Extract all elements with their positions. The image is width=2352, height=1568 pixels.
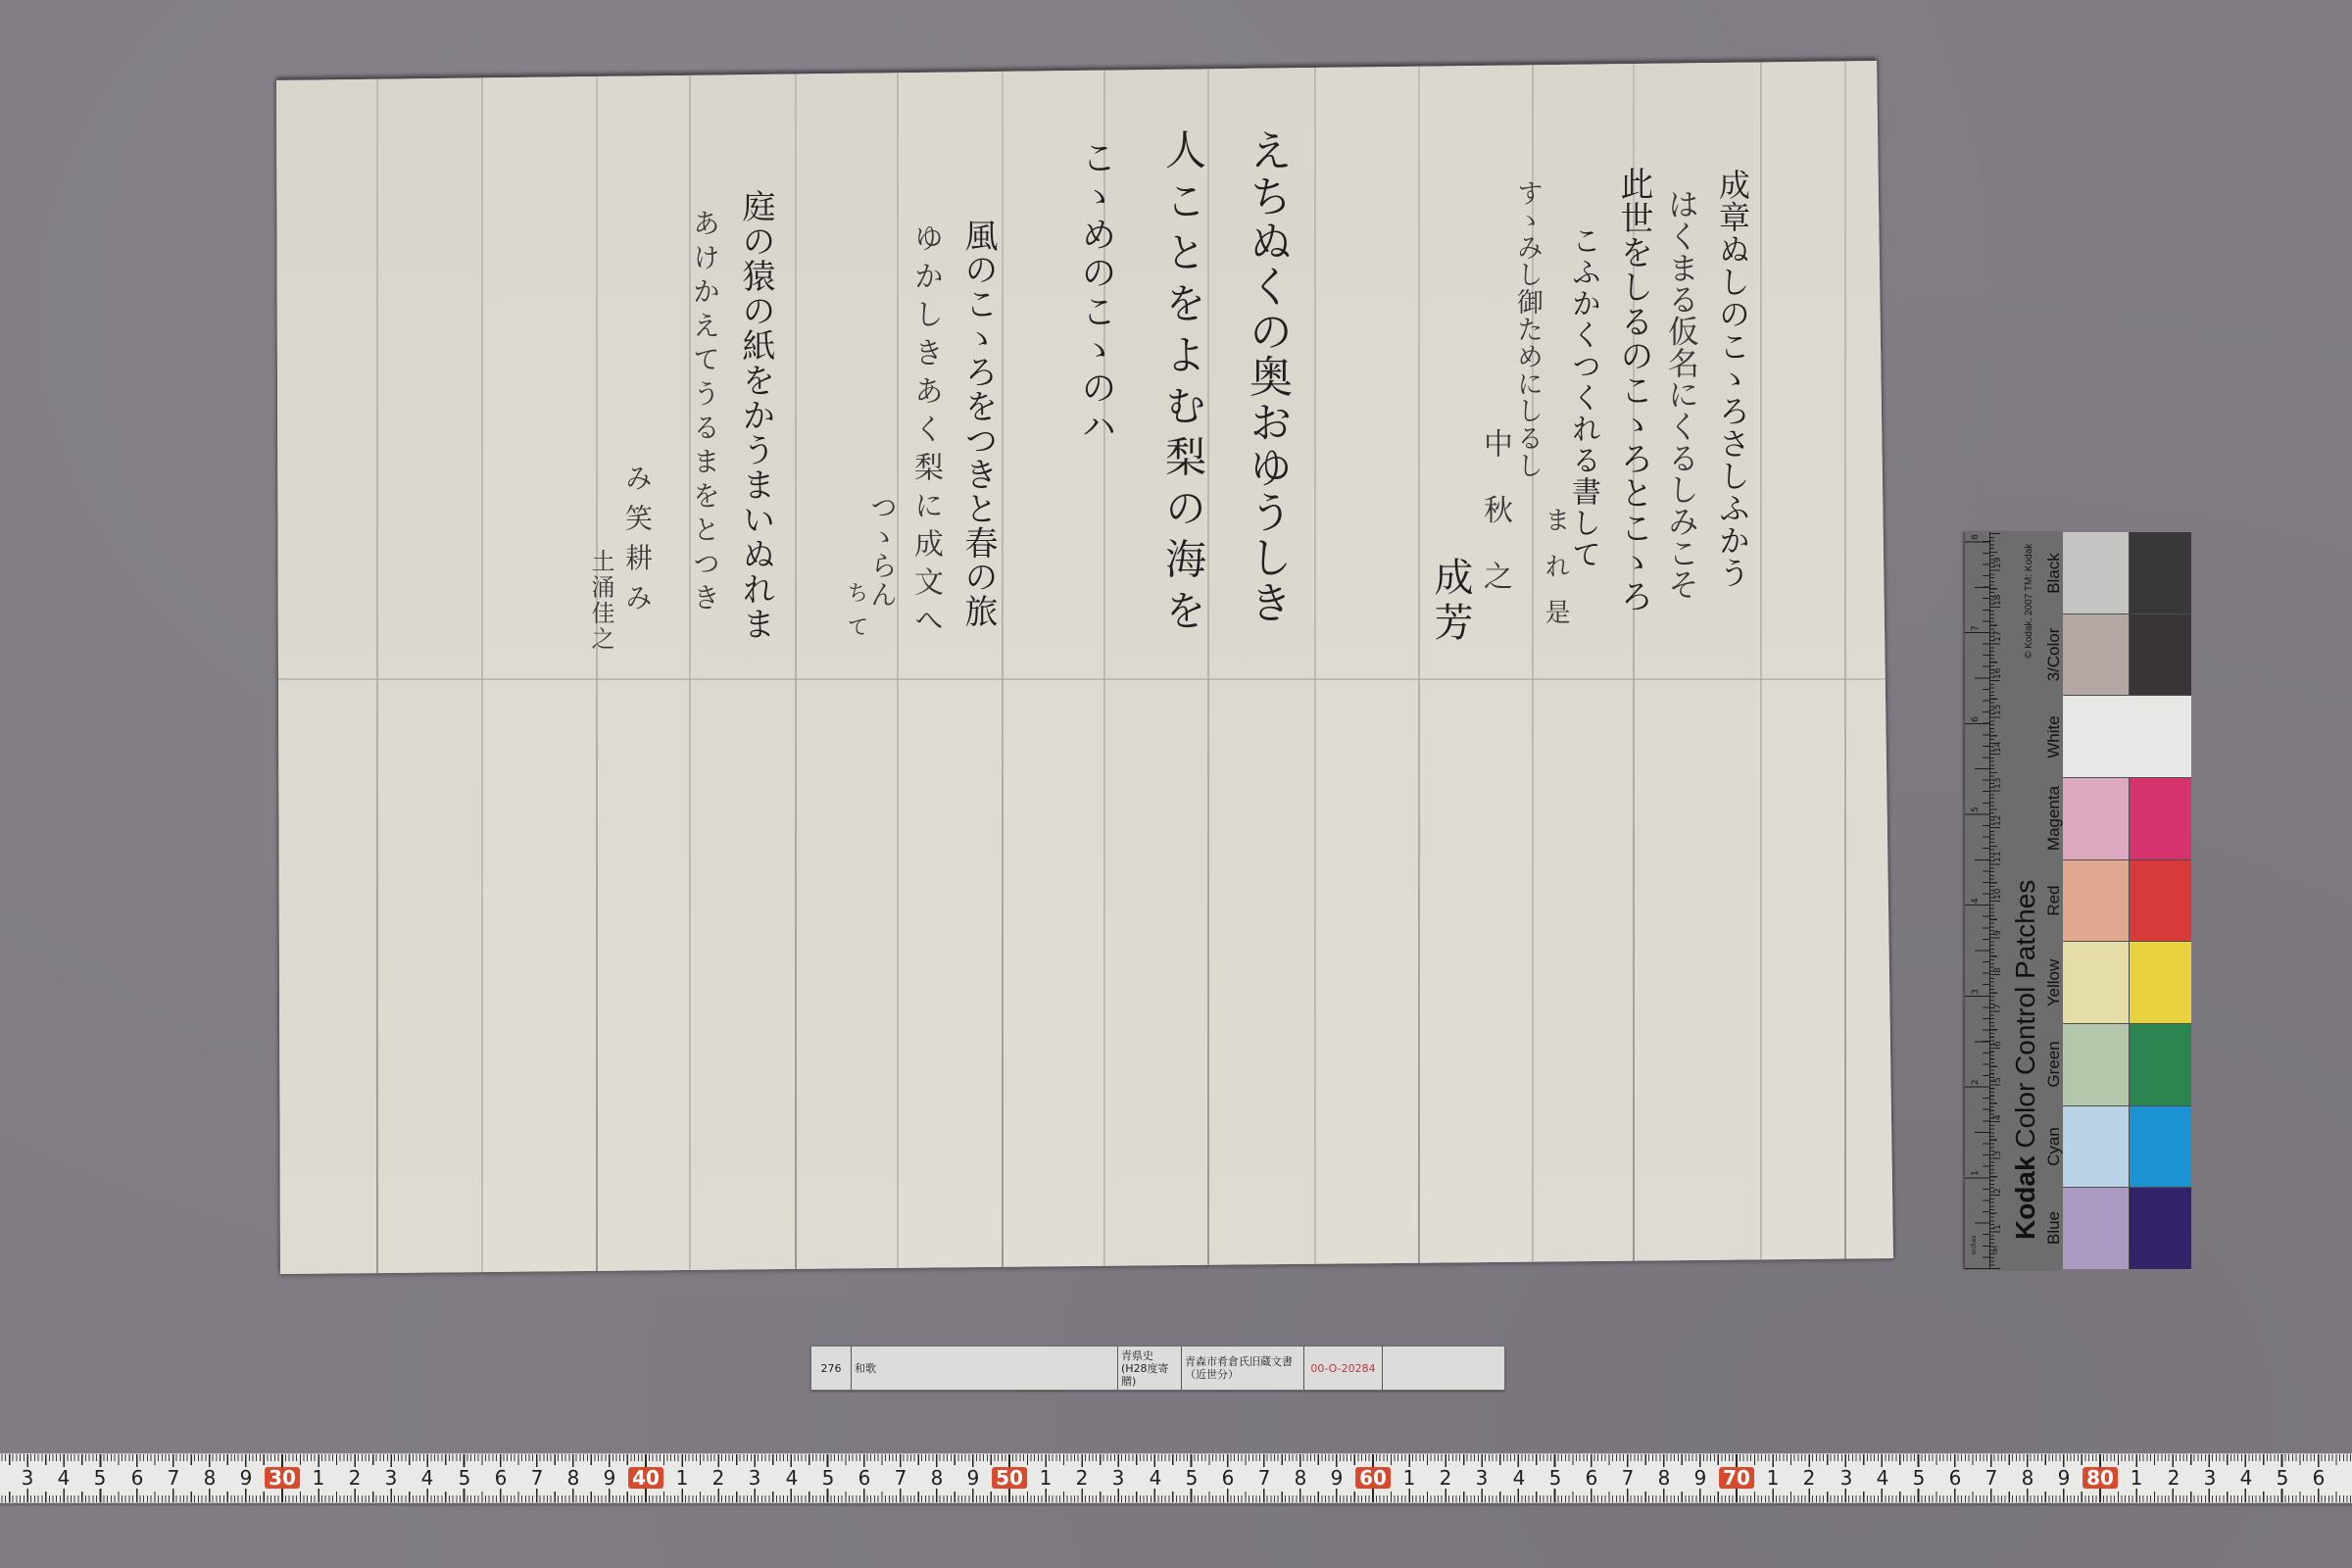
ruler-number: 1 (1039, 1467, 1053, 1489)
inch-label: 3 (1971, 989, 1981, 995)
paper-horizontal-fold (274, 677, 1901, 681)
ruler-number: 4 (2239, 1467, 2254, 1489)
ruler-number: 1 (312, 1467, 326, 1489)
cm-label: 16 (1993, 668, 2003, 679)
cm-scale-ticks (1990, 532, 2000, 1269)
poem-column: あけかえてうるまをとつき (691, 209, 718, 611)
preface-signature: 成芳 (1431, 557, 1470, 641)
ruler-number: 4 (1876, 1467, 1890, 1489)
preface-column: こふかくつくれる書して (1568, 225, 1597, 568)
paper-panel (480, 49, 687, 1284)
ruler-number: 4 (785, 1467, 800, 1489)
inch-label: 2 (1971, 1079, 1981, 1085)
ruler-number: 7 (530, 1467, 545, 1489)
inch-label: 6 (1971, 716, 1981, 722)
ruled-line (1002, 59, 1004, 1279)
inch-label: 7 (1971, 625, 1981, 631)
ruler-number: 5 (93, 1467, 108, 1489)
ruled-line (376, 59, 378, 1279)
patch-label-green: Green (2045, 1020, 2063, 1108)
catalog-number: 276 (811, 1347, 852, 1390)
ruler-number: 9 (1330, 1467, 1345, 1489)
poem-column: 庭の猿の紙をかうまいぬれま (739, 189, 772, 640)
ruler-number: 9 (2057, 1467, 2072, 1489)
patch-3color-dark (2130, 614, 2191, 696)
poem-column: ゆかしきあく梨に成文へ (910, 222, 940, 634)
poem-column: 風のこゝろをつきと春の旅 (961, 219, 995, 627)
chart-title-text: Color Control Patches (2010, 880, 2040, 1149)
cm-label: 13 (1993, 778, 2003, 789)
patch-green-light (2063, 1024, 2129, 1105)
ruler-number-badge: 50 (992, 1467, 1027, 1489)
patch-3color-light (2063, 614, 2129, 696)
preface-column: すゝみし御ためにしるし (1514, 179, 1541, 478)
unit-cm-label: cm (1992, 1246, 1999, 1254)
patch-yellow-light (2063, 942, 2129, 1023)
ruler-number: 7 (1984, 1467, 1999, 1489)
ruler-number: 2 (1439, 1467, 1453, 1489)
poem-column: こゝめのこゝのハ (1078, 139, 1113, 443)
paper-fold (896, 54, 900, 1284)
ruler-number: 4 (420, 1467, 435, 1489)
patch-label-cyan: Cyan (2045, 1102, 2063, 1191)
ruler-number: 5 (1912, 1467, 1927, 1489)
preface-column: 成章ぬしのこゝろさしふかう (1717, 169, 1748, 588)
ruler-number: 7 (894, 1467, 908, 1489)
ruler-number: 4 (57, 1467, 72, 1489)
unit-inches-label: inches (1971, 1236, 1978, 1254)
catalog-collection: 青森市肴倉氏旧蔵文書（近世分） (1182, 1347, 1304, 1390)
cm-label: 17 (1993, 631, 2003, 642)
ruled-line (1207, 59, 1209, 1279)
ruler-number: 3 (1839, 1467, 1854, 1489)
paper-fold (480, 54, 484, 1284)
ruled-line (795, 59, 797, 1279)
cm-label: 2 (1993, 1188, 2003, 1194)
ruler-number: 1 (2130, 1467, 2144, 1489)
kodak-logo-text: Kodak (2010, 1155, 2040, 1240)
kodak-chart-title: Kodak Color Control Patches (2010, 880, 2041, 1240)
ruler-number: 6 (1221, 1467, 1236, 1489)
patch-label-magenta: Magenta (2045, 774, 2063, 862)
ruler-number: 7 (1621, 1467, 1636, 1489)
ruler-number: 9 (603, 1467, 617, 1489)
cm-label: 19 (1993, 558, 2003, 568)
ruler-number: 8 (930, 1467, 945, 1489)
ruled-line (596, 59, 598, 1279)
ruler-number: 5 (2276, 1467, 2290, 1489)
ruler-number: 4 (1149, 1467, 1163, 1489)
ruler-number: 3 (1475, 1467, 1490, 1489)
ruler-number: 3 (21, 1467, 35, 1489)
ruler-number: 3 (2203, 1467, 2218, 1489)
poem-column: えちぬくの奥おゆうしき (1245, 128, 1288, 623)
paper-panel (1313, 49, 1531, 1284)
ruler-number: 8 (1657, 1467, 1672, 1489)
cm-label: 12 (1993, 815, 2003, 826)
ruler-number: 2 (2167, 1467, 2181, 1489)
ruler-number: 1 (675, 1467, 690, 1489)
ruler-number: 6 (130, 1467, 145, 1489)
ruler-number: 1 (1766, 1467, 1781, 1489)
cm-label: 7 (1993, 1004, 2003, 1009)
ruled-line (1418, 59, 1420, 1279)
ruler-number-badge: 60 (1355, 1467, 1391, 1489)
inch-label: 1 (1971, 1170, 1981, 1176)
ruler-number: 6 (857, 1467, 872, 1489)
inch-label: 4 (1971, 898, 1981, 904)
patch-label-white: White (2045, 693, 2063, 781)
catalog-notes (1383, 1347, 1506, 1390)
ruler-number: 5 (1548, 1467, 1563, 1489)
ruler-number-badge: 30 (265, 1467, 300, 1489)
copyright-text: © Kodak, 2007 TM: Kodak (2024, 544, 2035, 659)
patch-red-dark (2130, 860, 2191, 942)
ruler-number: 7 (167, 1467, 181, 1489)
measuring-tape: 3 4 5 6 7 8 9 30 1 2 3 4 5 6 7 8 9 40 1 … (0, 1453, 2352, 1503)
ruler-number: 8 (2021, 1467, 2035, 1489)
ruler-number: 2 (1802, 1467, 1817, 1489)
ruler-number-badge: 70 (1719, 1467, 1754, 1489)
patch-blue-light (2063, 1188, 2129, 1269)
patch-cyan-dark (2130, 1106, 2191, 1188)
color-patch-grid (2063, 532, 2191, 1269)
ruler-number: 8 (566, 1467, 581, 1489)
ruler-number: 8 (203, 1467, 218, 1489)
ruler-number-badge: 80 (2082, 1467, 2118, 1489)
patch-label-yellow: Yellow (2045, 939, 2063, 1027)
ruled-line (1844, 59, 1846, 1279)
cm-label: 8 (1993, 967, 2003, 973)
cm-label: 11 (1993, 852, 2003, 862)
paper-fold (1313, 54, 1317, 1284)
cm-label: 10 (1993, 889, 2003, 900)
cm-label: 4 (1993, 1114, 2003, 1120)
cm-label: 18 (1993, 595, 2003, 606)
ruler-number: 5 (821, 1467, 836, 1489)
ruler-number: 8 (1294, 1467, 1308, 1489)
patch-black-light (2063, 532, 2129, 613)
patch-yellow-dark (2130, 942, 2191, 1023)
patch-magenta-light (2063, 778, 2129, 859)
kodak-strip-content: inches cm 1 2 3 4 5 6 7 8 1 2 3 4 5 6 7 … (1965, 532, 2063, 1269)
patch-label-red: Red (2045, 857, 2063, 945)
patch-cyan-light (2063, 1106, 2129, 1188)
ruler-number: 6 (1948, 1467, 1963, 1489)
patch-green-dark (2130, 1024, 2191, 1105)
patch-red-light (2063, 860, 2129, 942)
patch-label-3color: 3/Color (2045, 611, 2063, 699)
cm-label: 15 (1993, 705, 2003, 715)
ruler-number: 6 (2312, 1467, 2327, 1489)
paper-fold (1759, 54, 1763, 1284)
patch-magenta-dark (2130, 778, 2191, 859)
author-column: み笑耕み (623, 464, 651, 611)
ruler-number: 4 (1512, 1467, 1527, 1489)
cm-label: 3 (1993, 1151, 2003, 1156)
paper-panel (1755, 49, 1892, 1284)
ruler-number: 9 (966, 1467, 981, 1489)
ruler-number: 9 (1693, 1467, 1708, 1489)
preface-note: まれ是 (1543, 507, 1568, 624)
patch-white (2063, 696, 2191, 777)
ruler-number: 5 (1185, 1467, 1200, 1489)
cm-label: 1 (1993, 1224, 2003, 1230)
catalog-donation: 青県史(H28度寄贈) (1118, 1347, 1182, 1390)
inch-label: 8 (1971, 534, 1981, 540)
ruler-number: 6 (494, 1467, 509, 1489)
preface-column: はくまる仮名にくるしみこそ (1666, 188, 1697, 600)
author-name: 土涌佳之 (589, 549, 612, 650)
inch-label: 5 (1971, 807, 1981, 812)
ruler-number: 3 (1111, 1467, 1126, 1489)
cm-label: 9 (1993, 930, 2003, 936)
cm-label: 5 (1993, 1077, 2003, 1083)
preface-date: 中秋之 (1480, 428, 1509, 590)
preface-column: 此世をしるのこゝろとこゝろ (1617, 167, 1650, 612)
ruler-number-badge: 40 (628, 1467, 663, 1489)
ruler-number: 3 (748, 1467, 762, 1489)
catalog-title: 和歌 (852, 1347, 1118, 1390)
patch-black-dark (2130, 532, 2191, 613)
ruler-number: 7 (1257, 1467, 1272, 1489)
ruler-number: 2 (711, 1467, 726, 1489)
patch-label-black: Black (2045, 529, 2063, 617)
ruler-number: 2 (348, 1467, 363, 1489)
cm-label: 6 (1993, 1041, 2003, 1047)
ruler-number: 1 (1402, 1467, 1417, 1489)
ruler-number: 2 (1075, 1467, 1090, 1489)
ruler-number: 6 (1585, 1467, 1599, 1489)
ruler-number: 3 (384, 1467, 399, 1489)
patch-blue-dark (2130, 1188, 2191, 1269)
poem-column: 人ことをよむ梨の海を (1162, 128, 1203, 630)
cm-label: 14 (1993, 742, 2003, 753)
patch-label-blue: Blue (2045, 1184, 2063, 1272)
poem-column: ちて (845, 581, 866, 637)
catalog-id: 00-O-20284 (1304, 1347, 1383, 1390)
ruler-number: 5 (458, 1467, 472, 1489)
ruler-number: 9 (239, 1467, 254, 1489)
catalog-label-strip: 276 和歌 青県史(H28度寄贈) 青森市肴倉氏旧蔵文書（近世分） 00-O-… (810, 1346, 1505, 1391)
poem-column: つゝらん (868, 493, 896, 608)
